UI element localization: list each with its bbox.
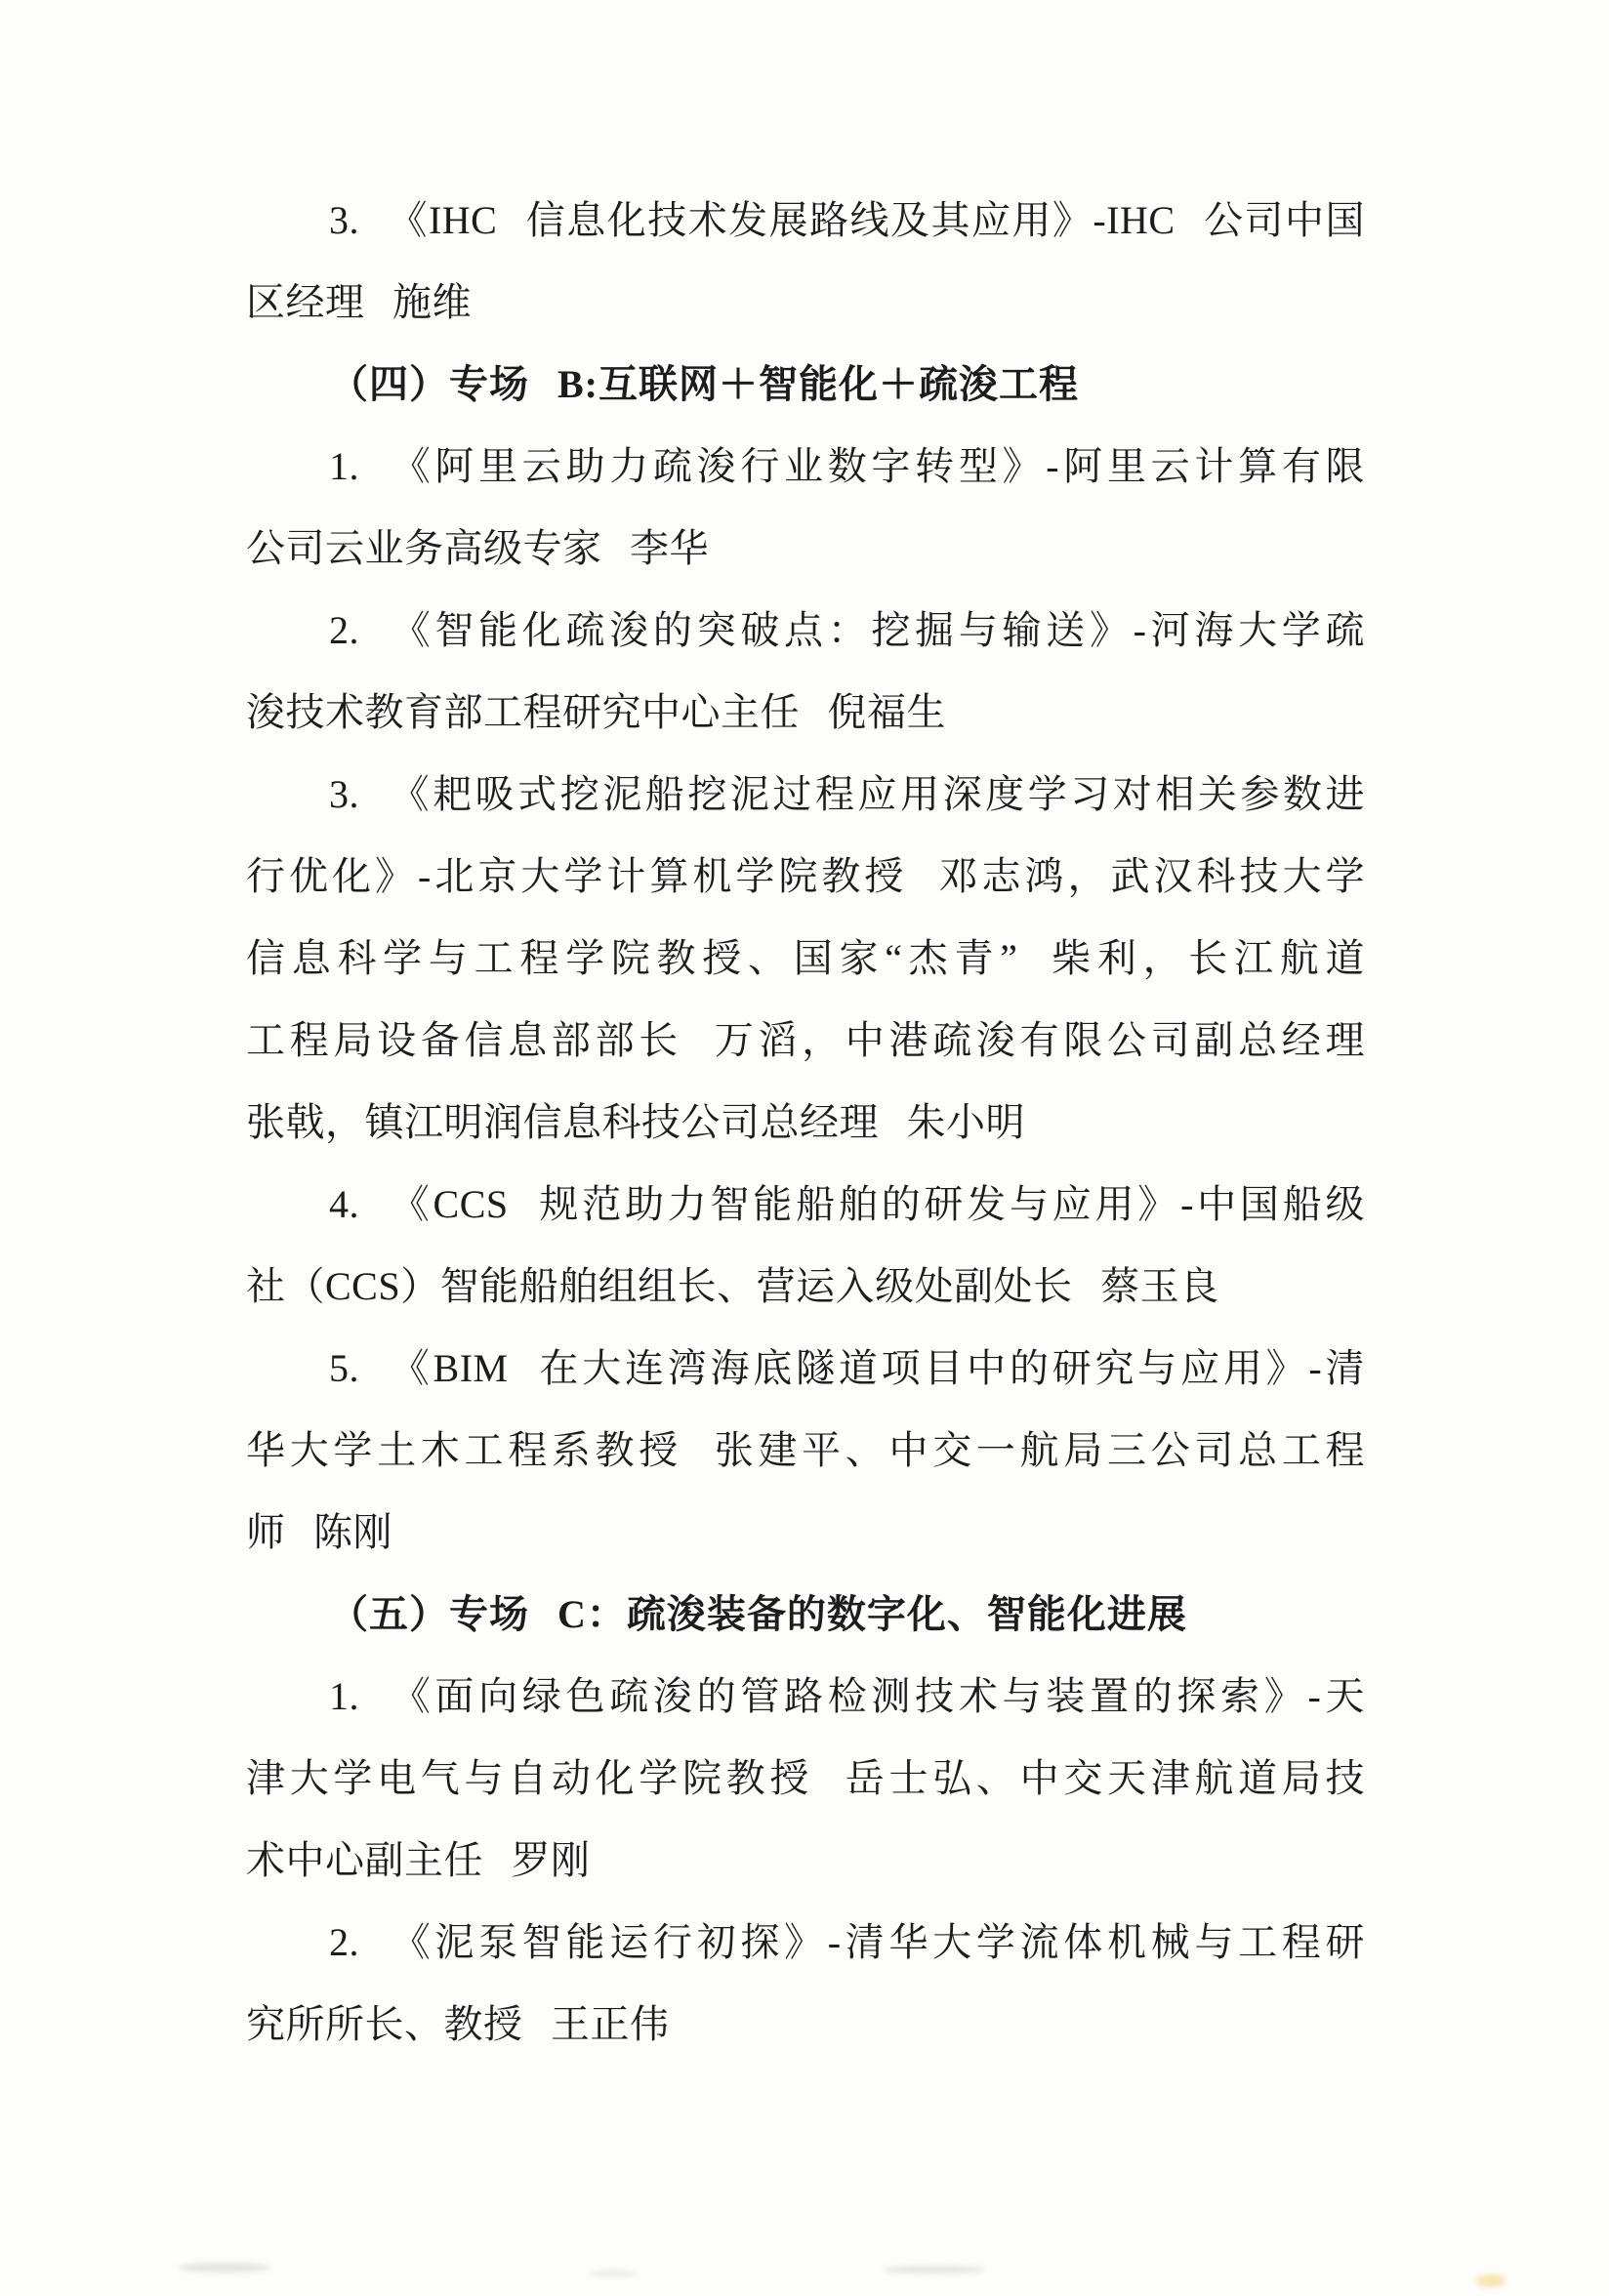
document-line: 区经理 施维 [246,262,1365,344]
document-line: 公司云业务高级专家 李华 [246,508,1365,590]
document-line: 浚技术教育部工程研究中心主任 倪福生 [246,672,1365,754]
section-heading: （五）专场 C：疏浚装备的数字化、智能化进展 [246,1574,1365,1656]
document-line: 行优化》-北京大学计算机学院教授 邓志鸿，武汉科技大学 [246,836,1365,918]
section-heading: （四）专场 B:互联网＋智能化＋疏浚工程 [246,344,1365,426]
agenda-text-block: 3. 《IHC 信息化技术发展路线及其应用》-IHC 公司中国区经理 施维（四）… [246,180,1365,2066]
document-line: 3. 《耙吸式挖泥船挖泥过程应用深度学习对相关参数进 [246,754,1365,836]
scan-artifact [178,2263,270,2273]
document-line: 2. 《泥泵智能运行初探》-清华大学流体机械与工程研 [246,1902,1365,1984]
scan-artifact [588,2271,639,2276]
document-line: 师 陈刚 [246,1492,1365,1574]
document-line: 4. 《CCS 规范助力智能船舶的研发与应用》-中国船级 [246,1164,1365,1246]
document-line: 张戟，镇江明润信息科技公司总经理 朱小明 [246,1082,1365,1164]
document-line: 1. 《阿里云助力疏浚行业数字转型》-阿里云计算有限 [246,426,1365,508]
document-line: 术中心副主任 罗刚 [246,1820,1365,1902]
document-line: 信息科学与工程学院教授、国家“杰青” 柴利，长江航道 [246,918,1365,1000]
document-line: 1. 《面向绿色疏浚的管路检测技术与装置的探索》-天 [246,1656,1365,1738]
document-line: 5. 《BIM 在大连湾海底隧道项目中的研究与应用》-清 [246,1328,1365,1410]
document-line: 社（CCS）智能船舶组组长、营运入级处副处长 蔡玉良 [246,1246,1365,1328]
document-line: 究所所长、教授 王正伟 [246,1984,1365,2066]
document-line: 工程局设备信息部部长 万滔，中港疏浚有限公司副总经理 [246,1000,1365,1082]
document-line: 津大学电气与自动化学院教授 岳士弘、中交天津航道局技 [246,1738,1365,1820]
scan-artifact [1476,2275,1506,2287]
document-line: 3. 《IHC 信息化技术发展路线及其应用》-IHC 公司中国 [246,180,1365,262]
document-page: 3. 《IHC 信息化技术发展路线及其应用》-IHC 公司中国区经理 施维（四）… [0,0,1609,2296]
document-line: 华大学土木工程系教授 张建平、中交一航局三公司总工程 [246,1410,1365,1492]
document-line: 2. 《智能化疏浚的突破点：挖掘与输送》-河海大学疏 [246,590,1365,672]
scan-artifact [884,2266,986,2274]
